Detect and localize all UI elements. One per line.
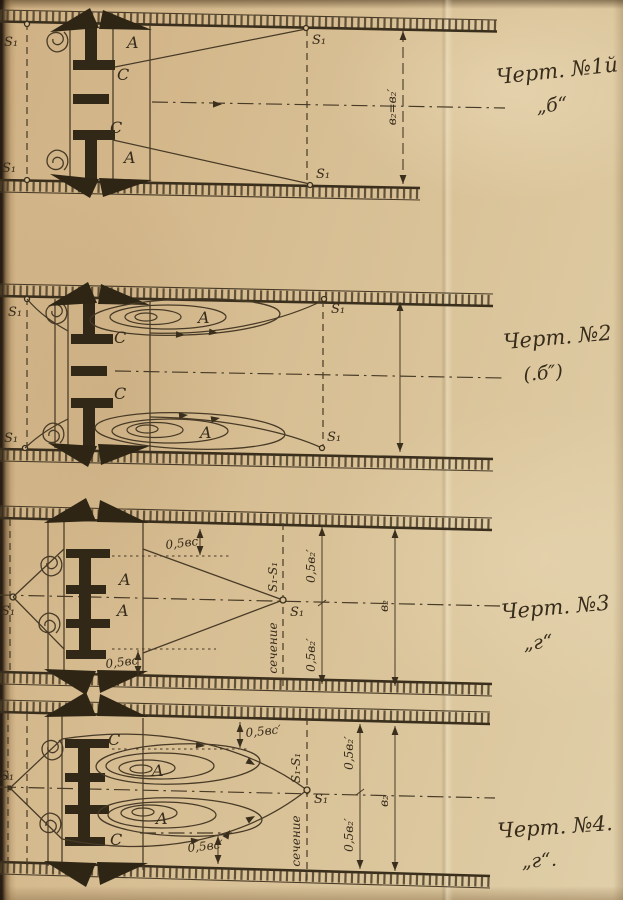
dim-arrow	[237, 723, 244, 732]
point-label-s1: S₁	[312, 33, 326, 48]
point-s1-marker	[25, 22, 30, 27]
rack-bar	[66, 619, 110, 628]
caption-line-1: Черт. №3	[500, 591, 610, 624]
flare-wedge	[97, 862, 148, 885]
entrance-streamline	[13, 549, 64, 597]
zone-label-a: A	[117, 570, 131, 589]
caption-line-1: Черт. №4.	[497, 811, 614, 843]
zone-label-a: A	[198, 423, 212, 442]
point-label-s1: S₁	[8, 305, 22, 320]
zone-label-a: A	[196, 308, 210, 327]
point-label-s1: S₁	[1, 604, 15, 619]
dim-arrow	[400, 31, 407, 40]
figure-2-caption: Черт. №2 (.б″)	[502, 321, 612, 386]
dim-arrow	[319, 527, 326, 536]
point-label-s1: S₁	[0, 769, 14, 784]
flare-wedge	[44, 498, 96, 523]
figure-1-caption: Черт. №1й „б“	[495, 52, 619, 118]
rack-bar	[83, 302, 95, 334]
point-label-s1: S₁	[316, 167, 330, 182]
dim-arrow	[400, 175, 407, 184]
flow-arrow	[176, 331, 185, 338]
dimension-half-b2: 0,5в₂′ 0,5в₂′	[342, 724, 364, 869]
point-s1-marker	[280, 597, 286, 603]
flare-wedge	[44, 861, 96, 887]
axis-line	[115, 371, 505, 378]
section-name-label: S₁-S₁	[289, 753, 303, 783]
zone-label-a: A	[154, 809, 168, 828]
zone-label-a: A	[125, 33, 139, 52]
rack-bar	[65, 805, 109, 814]
rack-bar	[73, 60, 115, 70]
point-s1-marker	[320, 446, 325, 451]
dimension-b2: в₂	[377, 529, 398, 686]
separation-line	[143, 600, 283, 653]
axis-line	[0, 787, 495, 798]
dimension-label: 0,5в₂′	[342, 818, 356, 852]
rack-bar	[71, 366, 107, 376]
point-label-s1: S₁	[4, 35, 18, 50]
entrance-streamline	[10, 739, 62, 788]
dimension-label: 0,5в₂′	[304, 549, 318, 583]
caption-line-1: Черт. №2	[502, 321, 612, 354]
point-label-s1: S₁	[314, 792, 328, 807]
dim-arrow	[357, 724, 364, 733]
dimension-label: в₂=в₂′	[385, 89, 399, 126]
dim-arrow	[215, 855, 222, 864]
dimension-label: в₂	[377, 600, 391, 612]
point-s1-marker	[322, 297, 327, 302]
point-label-s1: S₁	[331, 302, 345, 317]
point-label-c: C	[117, 65, 129, 84]
rack-bar	[85, 140, 97, 180]
point-label-c: C	[114, 384, 126, 403]
vortex-swirl	[40, 813, 61, 833]
dimension-b2: в₂	[377, 726, 398, 871]
vortex-swirl	[47, 32, 68, 52]
rack-bar	[65, 773, 105, 782]
flare-wedge	[97, 670, 148, 693]
vortex-swirl	[47, 150, 68, 170]
figure-4: S₁ A A C C 0,5в	[0, 692, 613, 888]
rack-bar	[85, 26, 97, 62]
zone-label-a: A	[122, 148, 136, 167]
scanned-page: S₁ S₁ S₁ S₁ A C C A в₂=в₂′ Черт. №1й „б“	[0, 0, 623, 900]
point-s1-marker	[304, 26, 309, 31]
figure-3: A A 0,5вс′ 0,5вс′ S₁ S₁-S₁ сечение S₁ 0,…	[0, 498, 611, 696]
rack-bar	[83, 408, 95, 446]
point-label-c: C	[110, 830, 122, 849]
flare-wedge	[97, 694, 148, 717]
dim-arrow	[357, 860, 364, 869]
vortex-swirl	[41, 556, 62, 576]
point-label-c: C	[110, 118, 122, 137]
point-label-c: C	[114, 328, 126, 347]
axis-line	[0, 595, 500, 606]
point-label-s1: S₁	[327, 430, 341, 445]
caption-line-2: (.б″)	[523, 361, 564, 386]
flow-arrow	[213, 101, 222, 108]
dimension-label: 0,5вс′	[245, 722, 282, 740]
figure-1: S₁ S₁ S₁ S₁ A C C A в₂=в₂′ Черт. №1й „б“	[0, 8, 619, 200]
rack-bar	[71, 398, 113, 408]
caption-line-2: „г“	[523, 630, 554, 654]
caption-line-1: Черт. №1й	[495, 52, 619, 89]
point-s1-marker	[304, 787, 310, 793]
point-label-s1: S₁	[290, 605, 304, 620]
dimension-label: 0,5в₂′	[342, 736, 356, 770]
caption-line-2: „б“	[535, 93, 569, 118]
axis-line	[152, 102, 505, 108]
rack-bar	[73, 94, 109, 104]
dim-arrow	[392, 726, 399, 735]
figure-2: S₁ S₁ S₁ S₁ A A C C Черт. №2 (.б″)	[0, 282, 613, 471]
dimension-channel-width: в₂=в₂′	[385, 31, 406, 184]
dimension-label: 0,5в₂′	[304, 638, 318, 672]
section-s1-s1: S₁ S₁-S₁ сечение	[266, 523, 304, 687]
dimension-half-bc-bottom: 0,5вс′	[187, 836, 224, 864]
vortex-swirl	[46, 304, 67, 324]
section-name-label: S₁-S₁	[266, 562, 280, 592]
section-label: сечение	[289, 815, 303, 866]
zone-label-a: A	[115, 601, 129, 620]
dim-arrow	[392, 529, 399, 538]
section-label: сечение	[266, 622, 280, 673]
drawing-canvas: S₁ S₁ S₁ S₁ A C C A в₂=в₂′ Черт. №1й „б“	[0, 0, 623, 900]
separation-line	[143, 549, 283, 600]
figure-3-caption: Черт. №3 „г“	[500, 591, 610, 655]
dimension-half-bc-top: 0,5вс′	[165, 529, 204, 555]
dimension-label: в₂	[377, 795, 391, 807]
separation-line	[113, 140, 310, 184]
point-label-c: C	[108, 730, 120, 749]
flare-wedge	[44, 669, 96, 695]
rack-bar	[73, 130, 115, 140]
vortex-swirl	[39, 613, 60, 633]
point-s1-marker	[25, 178, 30, 183]
rack-bar	[79, 549, 91, 659]
rack-bar	[66, 585, 106, 594]
separation-line	[115, 29, 306, 67]
zone-label-a: A	[150, 761, 164, 780]
dim-arrow	[392, 862, 399, 871]
flare-wedge	[48, 443, 97, 467]
dim-arrow	[397, 443, 404, 452]
entrance-streamline	[25, 419, 68, 448]
dimension-half-bc-top: 0,5вс′	[237, 722, 282, 748]
rack-bar	[71, 334, 113, 344]
point-label-s1: S₁	[4, 431, 18, 446]
rack-bar	[78, 739, 90, 841]
channel-wall-bottom	[0, 180, 420, 200]
dim-arrow	[237, 739, 244, 748]
dimension-label: 0,5вс′	[165, 534, 202, 552]
caption-line-2: „г“.	[521, 849, 558, 873]
flare-wedge	[44, 692, 96, 717]
point-s1-marker	[308, 183, 313, 188]
flare-wedge	[97, 500, 148, 523]
dimension-channel-width	[397, 302, 404, 452]
vortex-swirl	[42, 740, 63, 760]
rack-bar	[66, 650, 106, 659]
figure-4-caption: Черт. №4. „г“.	[497, 811, 614, 873]
point-label-s1: S₁	[2, 161, 16, 176]
dimension-half-b2: 0,5в₂′ 0,5в₂′	[304, 527, 326, 684]
